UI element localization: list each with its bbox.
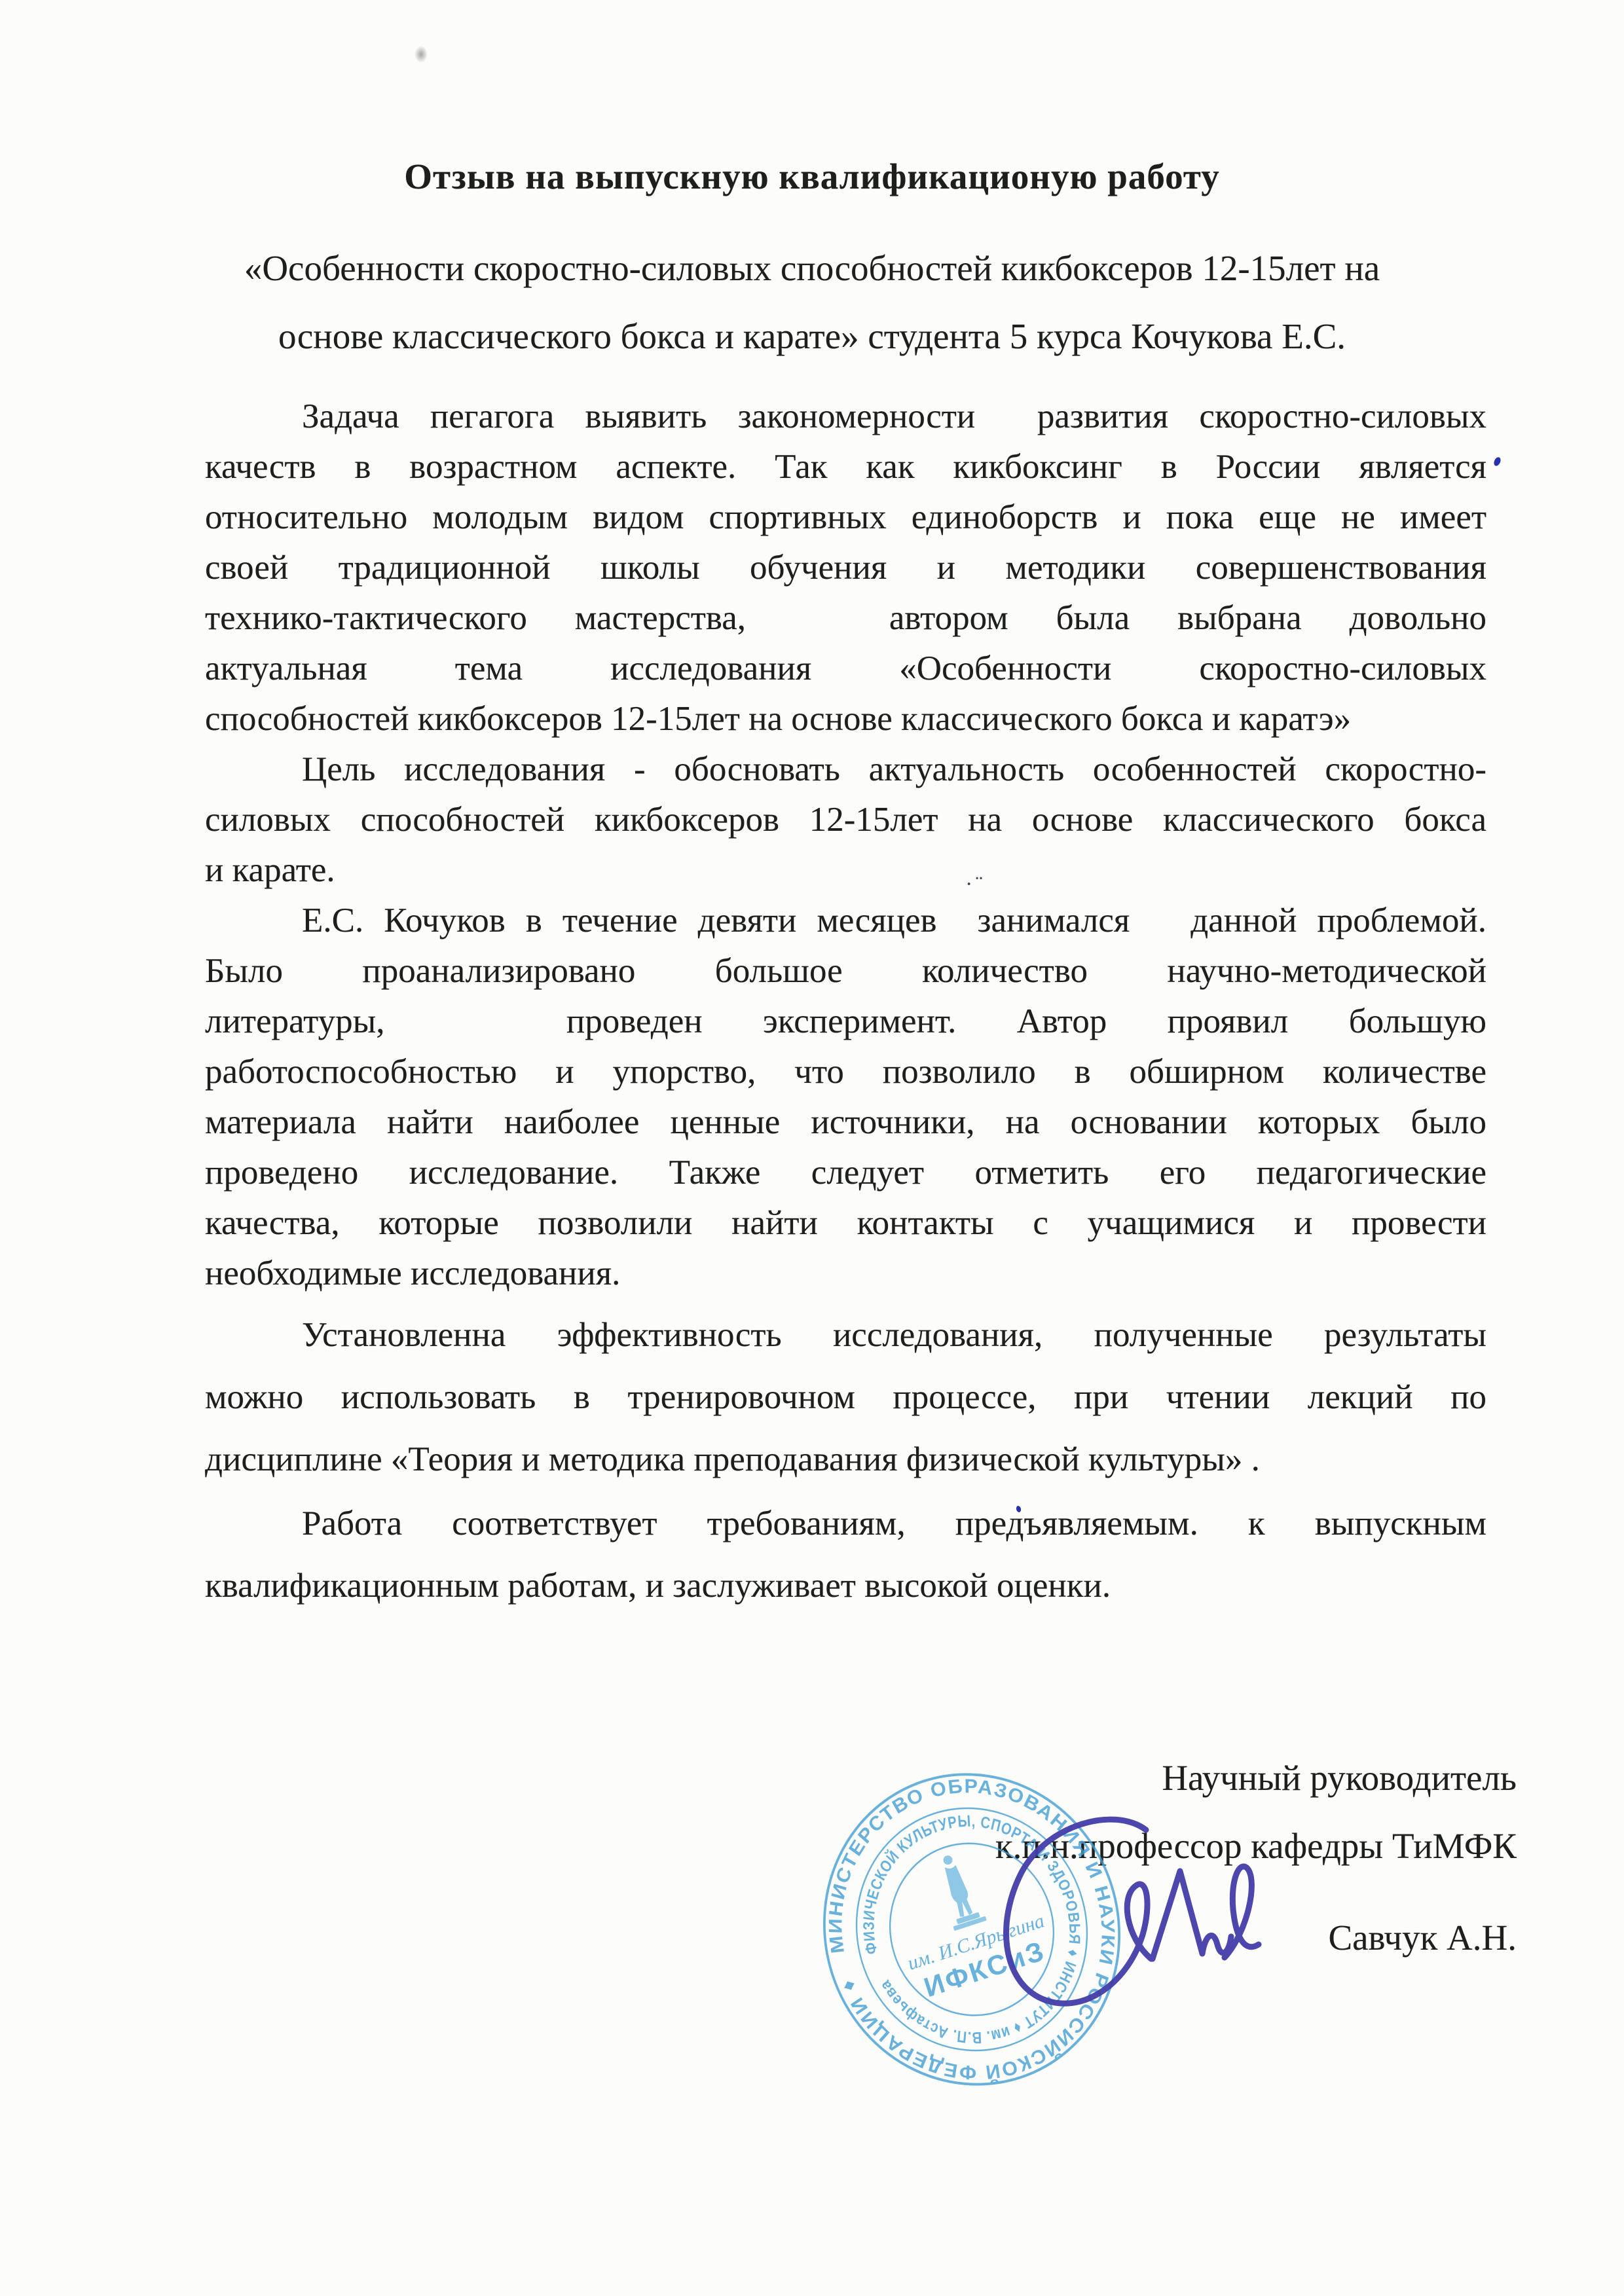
paragraph-line: Работа соответствует требованиям, предъя… bbox=[205, 1493, 1486, 1555]
work-subtitle: «Особенности скоростно-силовых способнос… bbox=[0, 234, 1624, 371]
paragraph: Е.С. Кочуков в течение девяти месяцев за… bbox=[205, 896, 1486, 1299]
paragraph-line: относительно молодым видом спортивных ед… bbox=[205, 492, 1486, 543]
paragraph-line: квалификационным работам, и заслуживает … bbox=[205, 1555, 1486, 1617]
paragraph: Задача пегагога выявить закономерности р… bbox=[205, 392, 1486, 744]
paragraph-line: актуальная тема исследования «Особенност… bbox=[205, 644, 1486, 694]
signature-name: Савчук А.Н. bbox=[1328, 1917, 1517, 1958]
paragraph-line: литературы, проведен эксперимент. Автор … bbox=[205, 996, 1486, 1047]
paragraph-line: и карате. bbox=[205, 845, 1486, 896]
paragraph-line: технико-тактического мастерства, автором… bbox=[205, 593, 1486, 644]
paragraph-line: качества, которые позволили найти контак… bbox=[205, 1198, 1486, 1248]
paragraph-line: необходимые исследования. bbox=[205, 1248, 1486, 1299]
paragraph: Цель исследования - обосновать актуально… bbox=[205, 744, 1486, 896]
paragraph-line: можно использовать в тренировочном проце… bbox=[205, 1366, 1486, 1429]
paragraph-line: Задача пегагога выявить закономерности р… bbox=[205, 392, 1486, 442]
paragraph-line: проведено исследование. Также следует от… bbox=[205, 1148, 1486, 1198]
paragraph-line: работоспособностью и упорство, что позво… bbox=[205, 1047, 1486, 1097]
paragraph-line: Е.С. Кочуков в течение девяти месяцев за… bbox=[205, 896, 1486, 946]
ink-speck bbox=[1492, 456, 1502, 467]
paragraph-line: качеств в возрастном аспекте. Так как ки… bbox=[205, 442, 1486, 492]
paragraph-line: своей традиционной школы обучения и мето… bbox=[205, 543, 1486, 593]
paragraph-line: дисциплине «Теория и методика преподаван… bbox=[205, 1429, 1486, 1491]
scan-artifact-dots: ·¨ bbox=[965, 872, 986, 897]
paragraph: Установленна эффективность исследования,… bbox=[205, 1304, 1486, 1491]
paragraph-line: силовых способностей кикбоксеров 12-15ле… bbox=[205, 795, 1486, 845]
paragraph-line: Цель исследования - обосновать актуально… bbox=[205, 744, 1486, 795]
paragraph-line: Было проанализировано большое количество… bbox=[205, 946, 1486, 996]
scan-smudge bbox=[415, 46, 428, 63]
subtitle-line: «Особенности скоростно-силовых способнос… bbox=[0, 234, 1624, 302]
paragraph: Работа соответствует требованиям, предъя… bbox=[205, 1493, 1486, 1617]
paragraph-line: способностей кикбоксеров 12-15лет на осн… bbox=[205, 694, 1486, 744]
paragraph-line: Установленна эффективность исследования,… bbox=[205, 1304, 1486, 1366]
paragraph-line: материала найти наиболее ценные источник… bbox=[205, 1097, 1486, 1148]
subtitle-line: основе классического бокса и карате» сту… bbox=[0, 302, 1624, 371]
document-page: Отзыв на выпускную квалификационую работ… bbox=[0, 0, 1624, 2296]
handwritten-signature bbox=[917, 1781, 1310, 2062]
page-title: Отзыв на выпускную квалификационую работ… bbox=[0, 156, 1624, 197]
